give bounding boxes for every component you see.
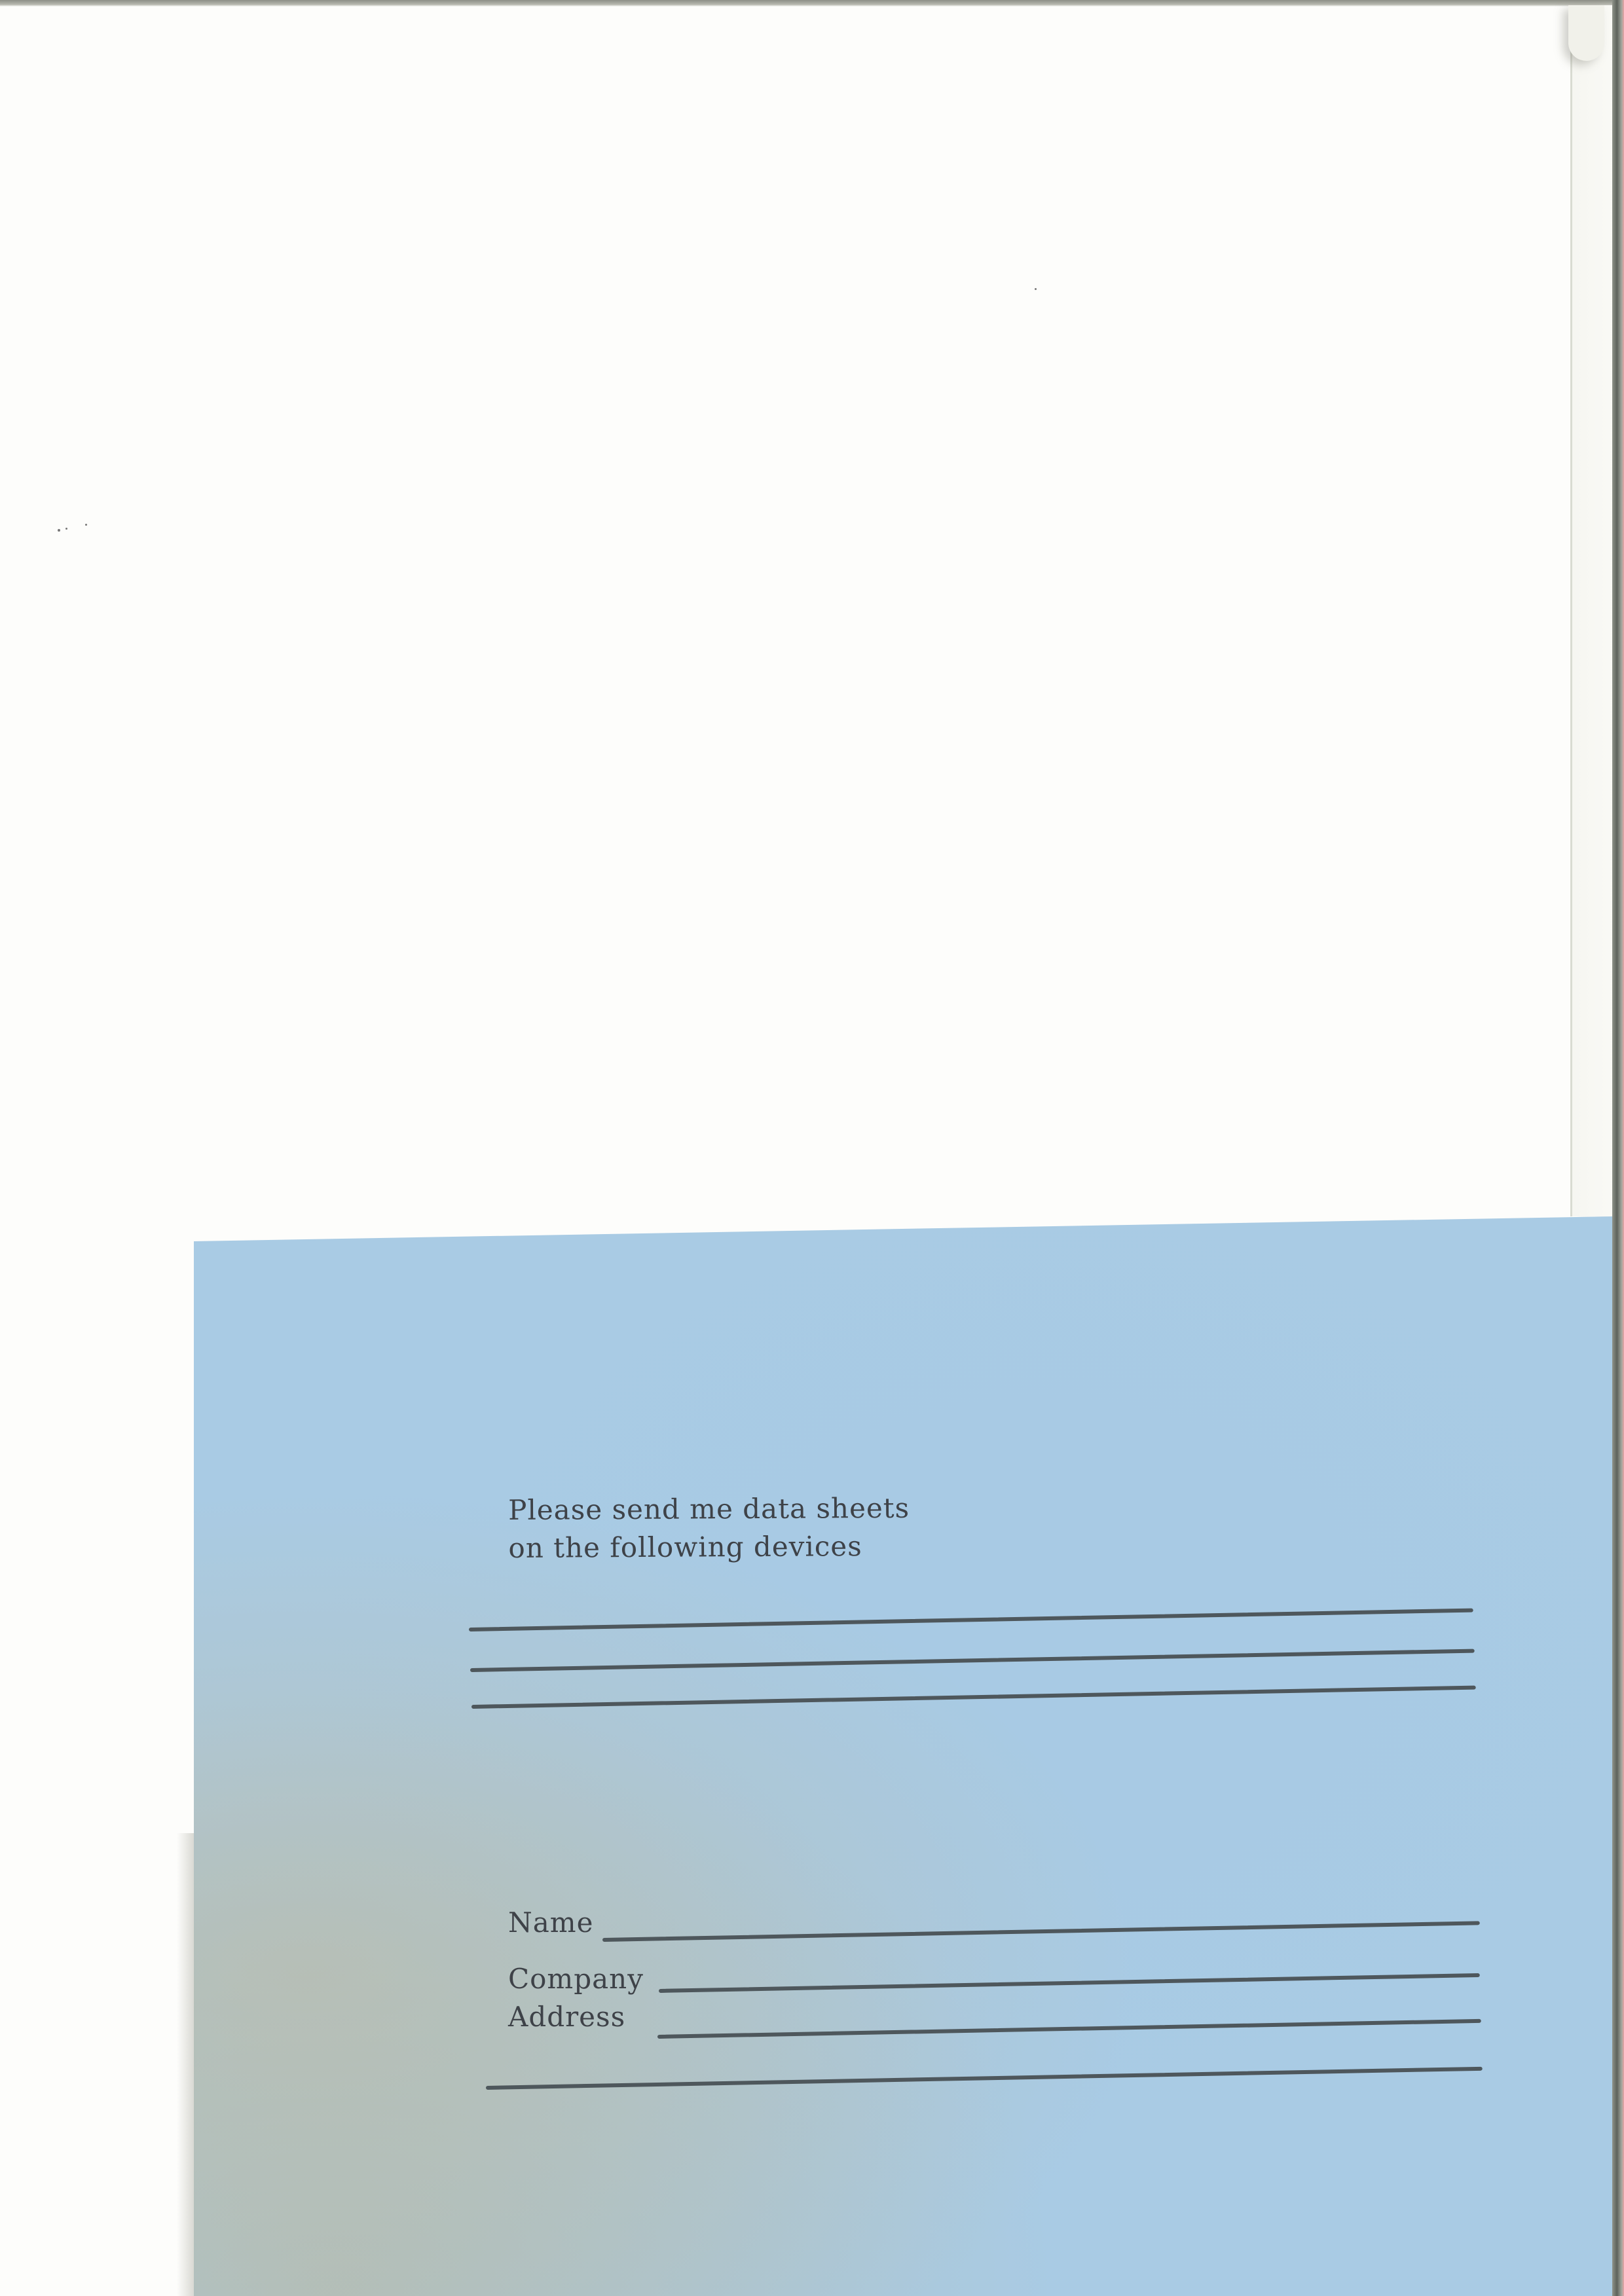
scan-right-edge	[1612, 0, 1624, 2296]
reply-card	[194, 1216, 1612, 2296]
page-tab	[1568, 5, 1604, 61]
paper-speck	[1035, 288, 1037, 290]
prompt-line-2: on the following devices	[508, 1527, 910, 1567]
paper-speck	[65, 528, 67, 530]
reply-card-prompt: Please send me data sheets on the follow…	[508, 1489, 910, 1567]
scan-top-edge	[0, 0, 1624, 7]
name-label: Name	[508, 1906, 593, 1939]
paper-speck	[85, 524, 87, 526]
address-label: Address	[508, 2001, 625, 2033]
card-shadow	[177, 1833, 196, 2296]
company-label: Company	[508, 1963, 644, 1995]
paper-speck	[58, 529, 60, 532]
prompt-line-1: Please send me data sheets	[508, 1489, 910, 1529]
page-fold-strip	[1570, 5, 1618, 1216]
